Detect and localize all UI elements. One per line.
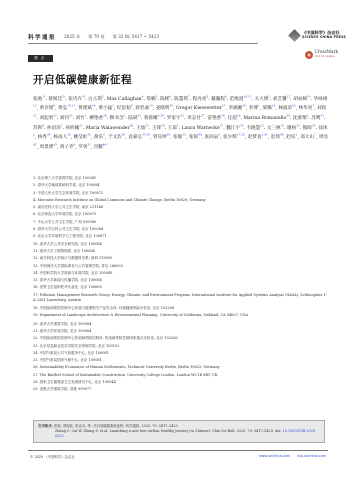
author-list: 张弛1†, 蔡闻佳2†, 张诗卉3†, 白玉琪2, Max Callaghan4… [33,93,329,151]
author: 俞乐2 [94,135,105,140]
author-name: 姜晓明 [156,106,170,111]
author: 胡艺馨12 [273,97,290,102]
author-name: 赵梦真 [248,135,262,140]
footer-link-scichina[interactable]: www.scichina.com [259,454,290,458]
author: 米志付27 [187,116,204,121]
crossmark-label: CrossMark [315,50,338,55]
author: 沈蕾翔2 [293,116,309,121]
author: 雷艳香28 [207,116,224,121]
author-name: Gregor Kiesewetter [176,106,222,111]
affiliation-item: 19. Department of Landscape Architecture… [33,313,329,318]
author-affiliation-ref[interactable]: 30 [130,123,134,127]
author: 熊晖33 [303,126,316,131]
author-name: 林波荣 [278,106,292,111]
author-name: 陆斌 [128,116,137,121]
author-name: 李博 [249,106,258,111]
author-affiliation-ref[interactable]: 30 [286,113,290,117]
publisher-logo: 《中国科学》杂志社 SCIENCE CHINA PRESS [290,30,346,40]
author-affiliation-ref[interactable]: 2 [61,123,63,127]
author-name: 刘政 [317,106,326,111]
author-affiliation-ref[interactable]: 42 [33,143,37,147]
author-affiliation-ref[interactable]: 2 [296,133,298,137]
author-affiliation-ref[interactable]: 2 [33,133,35,137]
citation-label: 引用格式: [38,424,53,428]
author-affiliation-ref[interactable]: 1 [258,104,260,108]
author: 蒋侣嘉15 [135,106,152,111]
author-name: 刘竹 [75,116,84,121]
author-name: 赵钰 [286,135,295,140]
author-affiliation-ref[interactable]: 14 [92,104,96,108]
author-name: 戴瀚程 [211,97,225,102]
author-name: 文三林 [267,126,281,131]
author: 赵梦真1,41 [248,135,268,140]
author-affiliation-ref[interactable]: 2 [102,94,104,98]
crossmark-icon [305,51,313,59]
author: 张锐40 [189,135,202,140]
affiliation-item: 22. 中国疾病预防控制中心传染病预防控制所, 传染病预防控制国家重点实验室, … [33,335,329,342]
author-name: 魏江宇 [226,126,240,131]
author-name: 孙昕曦 [65,126,79,131]
crossmark-button[interactable]: CrossMark click for updates [305,50,338,59]
author: Max Callaghan4 [107,97,144,102]
affiliation-item: 5. 南京医科大学公共卫生学院, 南京 211166 [33,204,329,211]
author-affiliation-ref[interactable]: 23 [69,113,73,117]
author-affiliation-ref[interactable]: 21 [181,113,185,117]
author: 纪思韬8 [117,106,133,111]
author: 关大博2 [254,97,270,102]
author-affiliation-ref[interactable]: 34 [47,133,51,137]
author-affiliation-ref[interactable]: 2 [218,133,220,137]
author-name: 范维澄 [230,97,244,102]
author: 黄存瑞8 [39,106,55,111]
author-affiliation-ref[interactable]: 2* [87,143,90,147]
author: 苏钡6 [33,126,44,131]
affiliation-item: 1. 北京理工大学管理学院, 北京 100081 [33,175,329,182]
author: 谢杨32 [287,126,300,131]
author-name: Maria Walawender [86,126,130,131]
author: 黄小猛2 [98,106,114,111]
header-line: 科学通报 2025 年 第 70 卷 第 32 期: 5417 ~ 5423 [28,33,258,44]
author-name: 陈慧琪 [174,97,188,102]
author-affiliation-ref[interactable]: 19 [272,104,276,108]
author-name: 谢杨 [287,126,296,131]
author-name: 罗家宇 [167,116,181,121]
author-affiliation-ref[interactable]: 25 [137,113,141,117]
author: 陈彬6 [160,97,171,102]
author-name: 苏钡 [33,126,42,131]
affiliation-item: 27. The Bartlett School of Sustainable C… [33,372,329,379]
author-name: 柳艳香 [89,116,103,121]
author-name: 纪思韬 [117,106,131,111]
affiliation-item: 24. 中国气象局公共气象服务中心, 北京 100081 [33,350,329,357]
author-name: 任超 [228,116,237,121]
author-affiliation-ref[interactable]: 1,41 [262,133,268,137]
author-name: 刘起勇 [39,116,53,121]
author-name: 张尚辰 [205,135,219,140]
author: 李湘湘18 [228,106,245,111]
author-affiliation-ref[interactable]: 18 [161,123,165,127]
author-name: 雷艳香 [207,116,221,121]
affiliation-item: 8. 清华大学万科公共卫生学院, 北京 100084 [33,226,329,233]
author-affiliation-ref[interactable]: 3† [82,94,85,98]
author-name: 曾钰婷 [153,135,167,140]
author-name: 梁璐 [263,106,272,111]
author: 孙语泽2 [47,126,63,131]
author: 魏江宇33 [226,126,243,131]
author-affiliation-ref[interactable]: 32 [296,123,300,127]
author-name: 徐冰 [318,126,327,131]
affiliation-item: 14. 中国科学院大学资源与环境学院, 北京 100049 [33,270,329,277]
author: Laura Warnecke17 [182,126,224,131]
author-name: 蔡闻佳 [48,97,62,102]
author-affiliation-ref[interactable]: 12 [287,94,291,98]
author: 刘钊23 [60,116,73,121]
author-name: 张敏 [173,135,182,140]
author-affiliation-ref[interactable]: 15 [182,133,186,137]
author-affiliation-ref[interactable]: 17 [222,104,226,108]
author-name: 林华亮 [299,106,313,111]
author-affiliation-ref[interactable]: 2 [123,113,125,117]
affiliation-item: 9. 北京大学环境科学与工程学院, 北京 100871 [33,233,329,240]
author: 林波荣20 [278,106,295,111]
author-affiliation-ref[interactable]: 2 [307,113,309,117]
author-name: 熊晖 [303,126,312,131]
author-name: 沈蕾翔 [293,116,307,121]
crossmark-sub: click for updates [315,55,338,60]
author-affiliation-ref[interactable]: 27 [201,113,205,117]
author-affiliation-ref[interactable]: 20 [67,133,71,137]
author-affiliation-ref[interactable]: 2† [62,94,65,98]
author-name: 米志付 [187,116,201,121]
affiliation-list: 1. 北京理工大学管理学院, 北京 1000812. 清华大学地球系统科学系, … [33,175,329,394]
author: 张尚辰2 [205,135,221,140]
author: Gregor Kiesewetter17 [176,106,225,111]
section-badge: 观点 [28,55,53,62]
affiliation-item: 15. 清华大学新闻与传播学院, 北京 100084 [33,277,329,284]
publisher-name-en: SCIENCE CHINA PRESS [302,35,346,40]
author-affiliation-ref[interactable]: 36 [280,133,284,137]
author: 赵琦36 [271,135,284,140]
author-affiliation-ref[interactable]: 2 [268,94,270,98]
citation-box: 引用格式: 张弛, 蔡闻佳, 张诗卉, 等. 开启低碳健康新征程. 科学通报, … [33,420,325,443]
affiliation-item: 25. 中国气象局国家气候中心, 北京 100081 [33,357,329,364]
author-name: 鲁晨曦 [144,116,158,121]
affiliation-item: 12. 南方科技大学统计与数据科学系, 深圳 518055 [33,255,329,262]
affiliation-item: 20. 清华大学建筑学院, 北京 100084 [33,321,329,328]
author-affiliation-ref[interactable]: 8 [131,104,133,108]
author: 韦晓慧22 [246,126,263,131]
author: 曾钰婷39 [153,135,170,140]
author-name: 张弛 [33,97,42,102]
journal-header: 科学通报 2025 年 第 70 卷 第 32 期: 5417 ~ 5423 观… [28,33,258,63]
author: 梁璐19 [263,106,276,111]
author-name: 黄存瑞 [39,106,53,111]
author-affiliation-ref[interactable]: 4,26 [158,113,164,117]
author: 刘竹2 [75,116,86,121]
author-name: 华咏翊 [313,97,327,102]
journal-name: 科学通报 [28,33,56,41]
author-name: 袁嘉弘 [128,135,142,140]
author-affiliation-ref[interactable]: 33 [240,123,244,127]
author-name: 王锋 [152,126,161,131]
author-name: Max Callaghan [107,97,142,102]
author-affiliation-ref[interactable]: 15 [149,104,153,108]
author: 穆书含2 [110,116,126,121]
author: 张少辉17,32 [223,135,245,140]
affiliation-item: 17. Pollution Management Research Group,… [33,293,329,303]
author: 杨雨人20 [53,135,70,140]
author: 周子乔9 [60,145,76,150]
affiliation-item: 16. 世界卫生组织驻华代表处, 北京 100600 [33,284,329,291]
author: 文三林15 [267,126,284,131]
author-affiliation-ref[interactable]: 21 [145,123,149,127]
author: 苏娉31 [311,116,324,121]
author-name: Marina Romanello [243,116,286,121]
author: 范维澄10,11 [230,97,252,102]
author: 张敏15 [173,135,186,140]
affiliation-item: 11. 清华大学工程物理系, 北京 100084 [33,248,329,255]
author: 任超29 [228,116,241,121]
affiliation-item: 26. Sustainability Economics of Human Se… [33,364,329,371]
affiliation-item: 2. 清华大学地球系统科学系, 北京 100084 [33,182,329,189]
author-name: 黄小猛 [98,106,112,111]
author-affiliation-ref[interactable]: 37,38 [142,133,150,137]
author-affiliation-ref[interactable]: 9 [74,143,76,147]
author: 周景博43 [39,145,56,150]
author: 袁嘉弘37,38 [128,135,150,140]
affiliation-item: 6. 北京师范大学环境学院, 北京 100875 [33,211,329,218]
author: 李博1 [249,106,260,111]
author-name: 王琼 [168,126,177,131]
issue-pages: 第 32 期: 5417 ~ 5423 [113,34,160,40]
author-name: 白玉琪 [88,97,102,102]
author: 张弛1† [33,97,45,102]
author-affiliation-ref[interactable]: 7 [177,123,179,127]
author: 张诗卉3† [68,97,85,102]
author-name: 关大博 [254,97,268,102]
author-affiliation-ref[interactable]: 2 [85,113,87,117]
author-affiliation-ref[interactable]: 13 [33,104,37,108]
affiliation-item: 18. 中国疾病预防控制中心环境与健康相关产品安全所, 环境健康风险评估室, 北… [33,305,329,312]
author-name: 张锐 [189,135,198,140]
author-name: 周浩 [319,135,328,140]
author-name: 孙语泽 [47,126,61,131]
author-name: 张诗卉 [68,97,82,102]
author-affiliation-ref[interactable]: 10 [307,94,311,98]
author-affiliation-ref[interactable]: 31 [320,113,324,117]
author-affiliation-ref[interactable]: 16 [169,104,173,108]
author-affiliation-ref[interactable]: 43 [53,143,57,147]
author: 白玉琪2 [88,97,104,102]
author-affiliation-ref[interactable]: 7 [314,133,316,137]
author-affiliation-ref[interactable]: 29 [237,113,241,117]
article-title: 开启低碳健康新征程 [33,72,132,87]
author: 柳艳香24 [89,116,106,121]
author: 鲁晨曦4,26 [144,116,164,121]
author-affiliation-ref[interactable]: 17 [220,123,224,127]
author-affiliation-ref[interactable]: 40 [198,133,202,137]
author: 林华亮7 [299,106,315,111]
author-affiliation-ref[interactable]: 8 [206,94,208,98]
author-affiliation-ref[interactable]: 2 [103,133,105,137]
author-affiliation-ref[interactable]: 7 [188,94,190,98]
author-affiliation-ref[interactable]: 21 [33,113,37,117]
author-affiliation-ref[interactable]: 22 [260,123,264,127]
author-name: 赵琦 [271,135,280,140]
author-affiliation-ref[interactable]: 20 [292,104,296,108]
author-name: 张少辉 [223,135,237,140]
author-name: 蒋侣嘉 [135,106,149,111]
author: 常楠5 [146,97,157,102]
author-name: 周景博 [39,145,53,150]
author: 蔡闻佳2† [48,97,65,102]
author-name: 杨雨人 [53,135,67,140]
author: 黄弘10,11 [58,106,75,111]
author: 郑大山7 [300,135,316,140]
author-affiliation-ref[interactable]: 27 [79,123,83,127]
author-name: 李湘湘 [228,106,242,111]
affiliation-item: 28. 国家卫生健康委卫生发展研究中心, 北京 100044 [33,379,329,386]
author-affiliation-ref[interactable]: 8 [53,104,55,108]
author: 陈慧琪7 [174,97,190,102]
author-affiliation-ref[interactable]: 10,11 [243,94,251,98]
author: 赵钰2 [286,135,297,140]
affiliation-item: 23. 北京信息职业技术学院安全管理学院, 北京 100102 [33,343,329,350]
affiliation-item: 21. 清华大学环境学院, 北京 100084 [33,328,329,335]
author-affiliation-ref[interactable]: 18 [242,104,246,108]
footer-link-csb[interactable]: csb.scichina.com [297,454,326,458]
footer-divider [28,450,328,451]
author-name: 于文浩 [108,135,122,140]
author: 戴瀚程9 [211,97,227,102]
author: 罗家宇21 [167,116,184,121]
author-affiliation-ref[interactable]: 15 [281,123,285,127]
author: Marina Romanello30 [243,116,290,121]
author: Maria Walawender30 [86,126,134,131]
author: 姜晓明16 [156,106,173,111]
author-name: 黄弘 [58,106,67,111]
author-affiliation-ref[interactable]: 17,32 [237,133,245,137]
author-affiliation-ref[interactable]: 9 [225,94,227,98]
author: 宫鹏44* [94,145,108,150]
author-affiliation-ref[interactable]: 10,11 [67,104,75,108]
author-affiliation-ref[interactable]: 2 [112,104,114,108]
author: 王灿21 [136,126,149,131]
author: 姚莹虹35 [74,135,91,140]
author: 杨秀34 [38,135,51,140]
author-name: 周子乔 [60,145,74,150]
affiliation-item: 10. 清华大学公共安全研究院, 北京 100084 [33,241,329,248]
author-affiliation-ref[interactable]: 44* [103,143,108,147]
affiliation-item: 7. 中山大学公共卫生学院, 广州 510080 [33,219,329,226]
author-affiliation-ref[interactable]: 36 [122,133,126,137]
author: 黄建斌14 [78,106,95,111]
affiliation-item: 13. 中国海洋大学国际事务与公共管理学院, 青岛 266003 [33,263,329,270]
author: 刘起勇22 [39,116,56,121]
author-affiliation-ref[interactable]: 6 [42,123,44,127]
author-name: Laura Warnecke [182,126,220,131]
affiliation-item: 3. 中国人民大学生态环境学院, 北京 100872 [33,190,329,197]
citation-cn: 张弛, 蔡闻佳, 张诗卉, 等. 开启低碳健康新征程. 科学通报, 2025, … [54,424,178,428]
volume: 第 70 卷 [88,34,104,40]
author: 于文浩36 [108,135,125,140]
author: 陆斌25 [128,116,141,121]
author: 王锋18 [152,126,165,131]
author-name: 胡易枫 [293,97,307,102]
affiliation-item: 4. Mercator Research Institute on Global… [33,197,329,204]
author: 程亮亮8 [193,97,209,102]
author-name: 胡艺馨 [273,97,287,102]
author-name: 郑大山 [300,135,314,140]
author-affiliation-ref[interactable]: 1† [42,94,45,98]
author-affiliation-ref[interactable]: 4 [142,94,144,98]
author-affiliation-ref[interactable]: 33 [312,123,316,127]
author-name: 常楠 [146,97,155,102]
publisher-diamond-icon [288,29,301,42]
author-affiliation-ref[interactable]: 5 [156,94,158,98]
author-affiliation-ref[interactable]: 24 [103,113,107,117]
author: 王琼7 [168,126,179,131]
author-affiliation-ref[interactable]: 22 [53,113,57,117]
author-affiliation-ref[interactable]: 35 [87,133,91,137]
author-name: 黄建斌 [78,106,92,111]
author-name: 程亮亮 [193,97,207,102]
author: 胡易枫10 [293,97,310,102]
author-affiliation-ref[interactable]: 39 [167,133,171,137]
author-name: 穆书含 [110,116,124,121]
author-name: 姚莹虹 [74,135,88,140]
citation-en: Zhang C, Cai W, Zhang S, et al. Launchin… [55,429,282,433]
author-name: 宫鹏 [94,145,103,150]
author-affiliation-ref[interactable]: 6 [169,94,171,98]
author-name: 刘钊 [60,116,69,121]
author: 孙昕曦27 [65,126,82,131]
author-name: 俞乐 [94,135,103,140]
author-affiliation-ref[interactable]: 28 [221,113,225,117]
year: 2025 年 [64,34,80,40]
author-affiliation-ref[interactable]: 7 [312,104,314,108]
author-name: 韦晓慧 [246,126,260,131]
page-footer: © 2025 《中国科学》杂志社 www.scichina.com csb.sc… [30,454,326,459]
author: 罗勇2* [78,145,90,150]
author-name: 杨秀 [38,135,47,140]
affiliation-item: 29. 香港大学建筑学院, 香港 999077 [33,386,329,393]
copyright: © 2025 《中国科学》杂志社 [30,454,75,459]
